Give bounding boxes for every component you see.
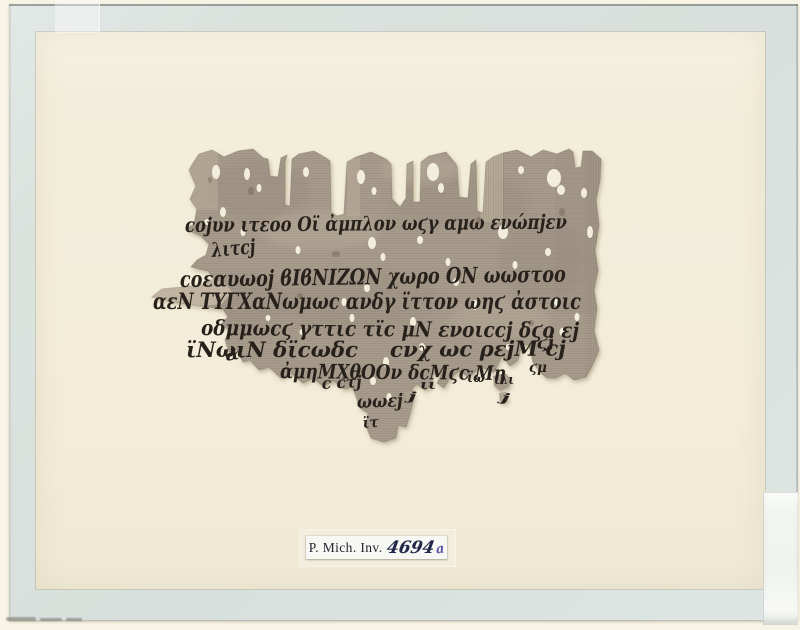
papyrus-text-line: αεΝ ΤΥΓΧαΝωμωϲ ανδγ ϊττον ωηϛ ἀστοιϲ: [153, 289, 581, 315]
papyrus-text-mark: ϛμ: [529, 360, 547, 376]
papyrus-text-line: ϊΝωιΝ δϊϲωδϲ: [186, 337, 358, 362]
label-number-handwritten: 4694: [386, 538, 437, 558]
inventory-label: P. Mich. Inv. 4694 a: [306, 536, 447, 559]
papyrus-text-line: ωωεϳ: [356, 390, 403, 413]
tape-strip-right: [763, 492, 798, 625]
papyrus-text-mark: ϲ ϲτϳ: [321, 372, 362, 393]
papyrus-text-mark: ϊω: [467, 370, 486, 386]
scanned-photograph: ϲοϳυν ιτεοο Οϊ ἀμπλον ωϛγ αμω ενώπϳεν λι…: [0, 0, 800, 630]
papyrus-text-mark: ϊτ: [362, 413, 380, 432]
pencil-marks: [66, 618, 82, 621]
papyrus-text-line: ϲοϳυν ιτεοο Οϊ ἀμπλον ωϛγ αμω ενώπϳεν: [185, 210, 567, 237]
pencil-marks: [40, 618, 62, 621]
pencil-marks: [6, 617, 36, 621]
papyrus-text-mark: ϛϳ: [535, 333, 556, 353]
papyrus-text-mark: ιι: [420, 378, 436, 393]
papyrus-text-mark: ιλι: [494, 373, 514, 388]
label-printed-text: P. Mich. Inv.: [309, 540, 383, 556]
papyrus-text-mark: ϳ: [497, 390, 512, 406]
papyrus-text-line: λιτϲϳ: [210, 234, 257, 262]
label-suffix-handwritten: a: [435, 541, 445, 557]
papyrus-fragment: ϲοϳυν ιτεοο Οϊ ἀμπλον ωϛγ αμω ενώπϳεν λι…: [148, 144, 608, 448]
